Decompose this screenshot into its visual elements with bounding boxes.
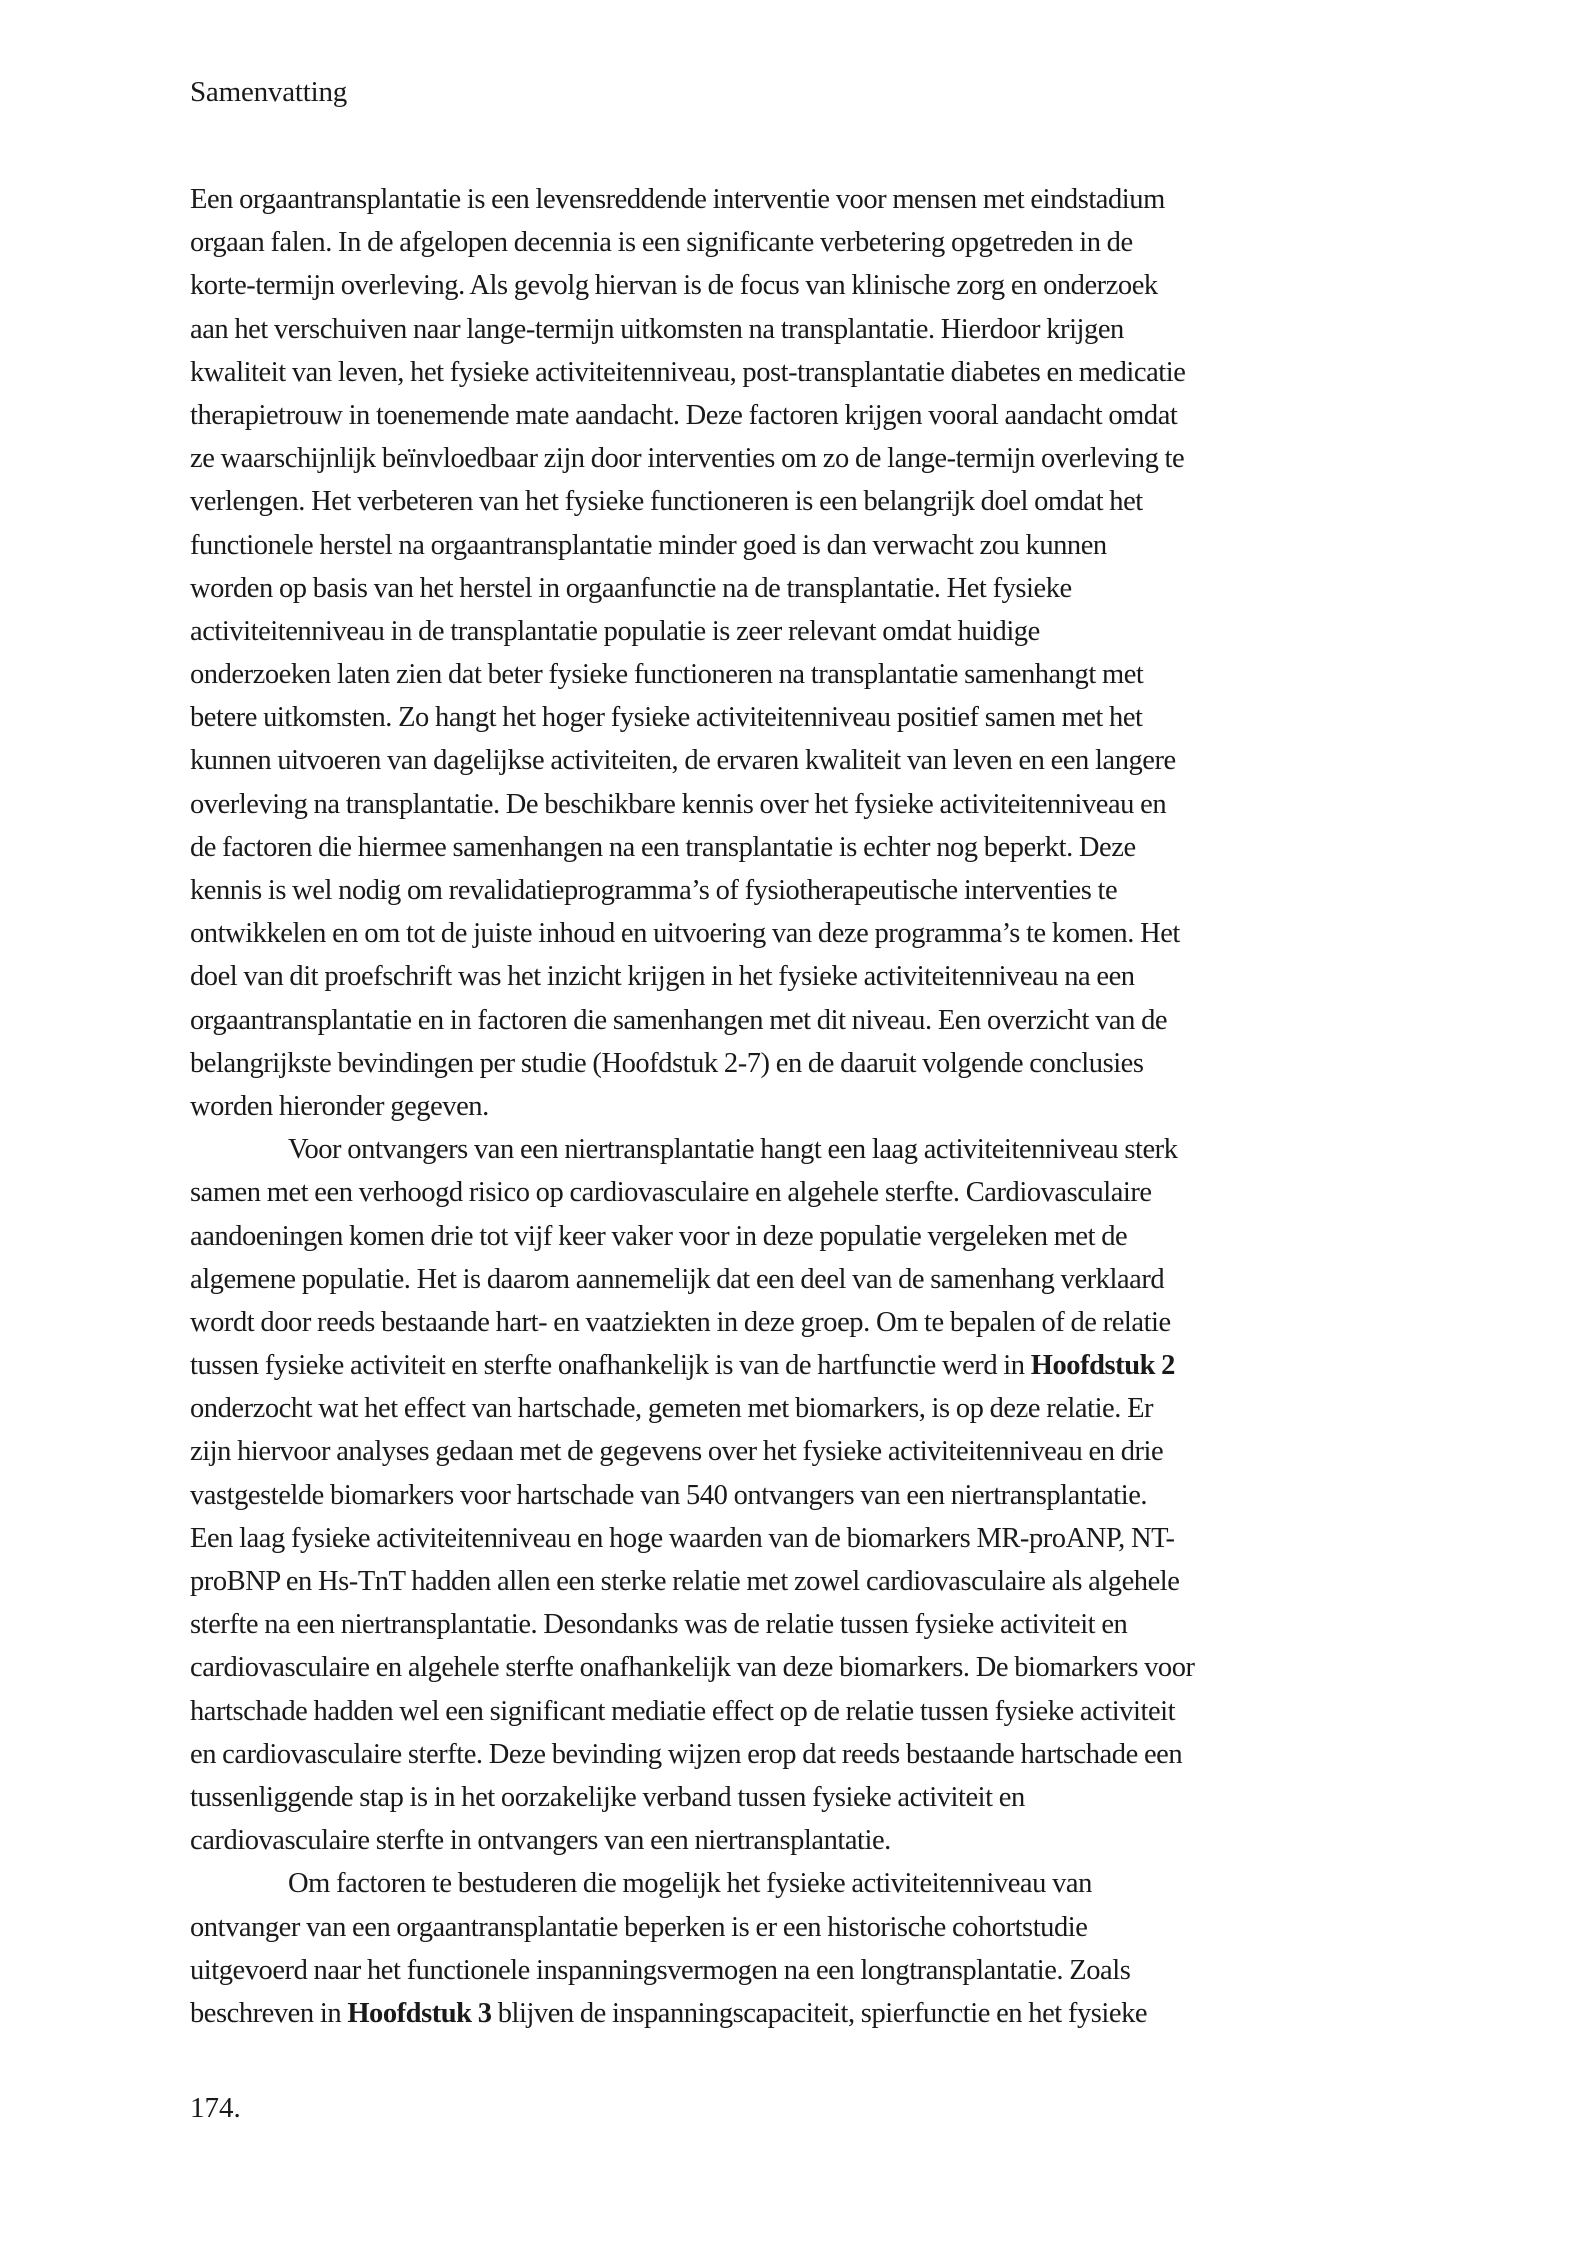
text-line: betere uitkomsten. Zo hangt het hoger fy… — [190, 696, 1380, 739]
page-number: 174. — [190, 2088, 241, 2128]
text-run: blijven de inspanningscapaciteit, spierf… — [492, 1998, 1148, 2029]
text-line: wordt door reeds bestaande hart- en vaat… — [190, 1301, 1380, 1344]
text-line: samen met een verhoogd risico op cardiov… — [190, 1171, 1380, 1214]
text-line: Voor ontvangers van een niertransplantat… — [190, 1128, 1380, 1171]
text-line: ze waarschijnlijk beïnvloedbaar zijn doo… — [190, 437, 1380, 480]
text-line: ontvanger van een orgaantransplantatie b… — [190, 1906, 1380, 1949]
text-line: onderzoeken laten zien dat beter fysieke… — [190, 653, 1380, 696]
text-run: tussen fysieke activiteit en sterfte ona… — [190, 1350, 1031, 1381]
text-line: doel van dit proefschrift was het inzich… — [190, 955, 1380, 998]
text-line: kunnen uitvoeren van dagelijkse activite… — [190, 739, 1380, 782]
text-line: functionele herstel na orgaantransplanta… — [190, 524, 1380, 567]
chapter-reference: Hoofdstuk 3 — [347, 1998, 491, 2029]
text-line: ontwikkelen en om tot de juiste inhoud e… — [190, 912, 1380, 955]
paragraph: Voor ontvangers van een niertransplantat… — [190, 1128, 1380, 1862]
text-line: sterfte na een niertransplantatie. Deson… — [190, 1603, 1380, 1646]
text-line: therapietrouw in toenemende mate aandach… — [190, 394, 1380, 437]
text-line: de factoren die hiermee samenhangen na e… — [190, 826, 1380, 869]
text-line: cardiovasculaire en algehele sterfte ona… — [190, 1646, 1380, 1689]
text-line: overleving na transplantatie. De beschik… — [190, 783, 1380, 826]
text-line: vastgestelde biomarkers voor hartschade … — [190, 1474, 1380, 1517]
text-line: kwaliteit van leven, het fysieke activit… — [190, 351, 1380, 394]
body-text: Een orgaantransplantatie is een levensre… — [190, 178, 1380, 2035]
paragraph: Een orgaantransplantatie is een levensre… — [190, 178, 1380, 1128]
text-line: Om factoren te bestuderen die mogelijk h… — [190, 1862, 1380, 1905]
text-line: algemene populatie. Het is daarom aannem… — [190, 1258, 1380, 1301]
text-line: Een laag fysieke activiteitenniveau en h… — [190, 1517, 1380, 1560]
text-line: beschreven in Hoofdstuk 3 blijven de ins… — [190, 1992, 1380, 2035]
text-line: verlengen. Het verbeteren van het fysiek… — [190, 480, 1380, 523]
text-line: uitgevoerd naar het functionele inspanni… — [190, 1949, 1380, 1992]
text-line: en cardiovasculaire sterfte. Deze bevind… — [190, 1733, 1380, 1776]
text-line: zijn hiervoor analyses gedaan met de geg… — [190, 1430, 1380, 1473]
text-line: onderzocht wat het effect van hartschade… — [190, 1387, 1380, 1430]
text-line: tussenliggende stap is in het oorzakelij… — [190, 1776, 1380, 1819]
text-line: belangrijkste bevindingen per studie (Ho… — [190, 1042, 1380, 1085]
text-line: Een orgaantransplantatie is een levensre… — [190, 178, 1380, 221]
text-line: proBNP en Hs-TnT hadden allen een sterke… — [190, 1560, 1380, 1603]
text-line: cardiovasculaire sterfte in ontvangers v… — [190, 1819, 1380, 1862]
text-line: kennis is wel nodig om revalidatieprogra… — [190, 869, 1380, 912]
paragraph: Om factoren te bestuderen die mogelijk h… — [190, 1862, 1380, 2035]
text-line: hartschade hadden wel een significant me… — [190, 1690, 1380, 1733]
text-line: orgaantransplantatie en in factoren die … — [190, 999, 1380, 1042]
text-line: aandoeningen komen drie tot vijf keer va… — [190, 1215, 1380, 1258]
running-header-title: Samenvatting — [190, 72, 347, 112]
text-run: beschreven in — [190, 1998, 347, 2029]
text-line: korte-termijn overleving. Als gevolg hie… — [190, 264, 1380, 307]
text-line: tussen fysieke activiteit en sterfte ona… — [190, 1344, 1380, 1387]
text-line: worden op basis van het herstel in orgaa… — [190, 567, 1380, 610]
text-line: worden hieronder gegeven. — [190, 1085, 1380, 1128]
text-line: activiteitenniveau in de transplantatie … — [190, 610, 1380, 653]
text-line: orgaan falen. In de afgelopen decennia i… — [190, 221, 1380, 264]
text-line: aan het verschuiven naar lange-termijn u… — [190, 308, 1380, 351]
chapter-reference: Hoofdstuk 2 — [1031, 1350, 1175, 1381]
